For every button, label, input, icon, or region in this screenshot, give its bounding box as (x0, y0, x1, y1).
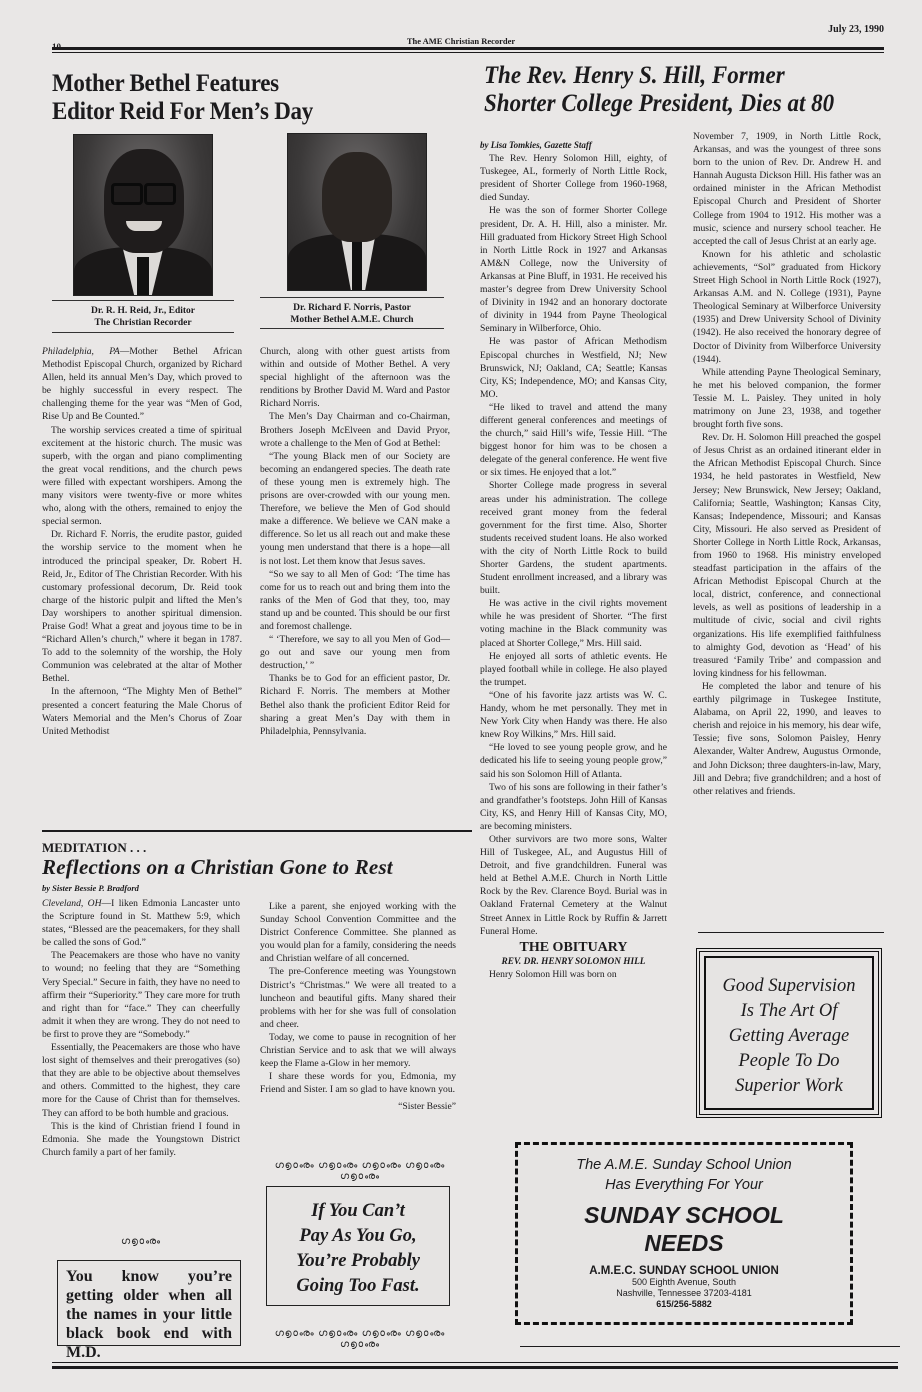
filler-pay-as-you-go-box: If You Can’t Pay As You Go, You’re Proba… (266, 1186, 450, 1306)
hill-headline: The Rev. Henry S. Hill, Former Shorter C… (484, 62, 889, 118)
hill-column-2: November 7, 1909, in North Little Rock, … (693, 130, 881, 798)
masthead-rule (52, 47, 884, 50)
footer-rule-thin (52, 1362, 898, 1363)
filler-black-book-box: You know you’re getting older when all t… (57, 1260, 241, 1346)
bethel-headline-line1: Mother Bethel Features (52, 70, 438, 98)
meditation-column-1: Cleveland, OH—I liken Edmonia Lancaster … (42, 897, 240, 1159)
footer-rule (52, 1366, 898, 1369)
ornament-row: ഗ൭൦ൟ ഗ൭൦ൟ ഗ൭൦ൟ ഗ൭൦ൟ ഗ൭൦ൟ (260, 1328, 460, 1350)
meditation-byline: by Sister Bessie P. Bradford (42, 883, 139, 893)
caption-rule (52, 300, 234, 301)
bethel-headline: Mother Bethel Features Editor Reid For M… (52, 70, 438, 126)
filler-supervision-box: Good Supervision Is The Art Of Getting A… (696, 948, 882, 1118)
photo-norris-caption: Dr. Richard F. Norris, Pastor Mother Bet… (260, 302, 444, 326)
obituary-heading: THE OBITUARY (480, 940, 667, 956)
ornament-divider: ഗ൭൦ൟ (42, 1236, 240, 1247)
meditation-column-2: Like a parent, she enjoyed working with … (260, 900, 456, 1114)
photo-reid (73, 134, 213, 296)
meditation-signature: “Sister Bessie” (260, 1100, 456, 1113)
caption-rule (260, 297, 444, 298)
caption-rule-bottom (260, 328, 444, 329)
publication-name: The AME Christian Recorder (0, 36, 922, 46)
photo-reid-caption: Dr. R. H. Reid, Jr., Editor The Christia… (52, 305, 234, 329)
issue-date: July 23, 1990 (828, 24, 884, 35)
caption-rule-bottom (52, 332, 234, 333)
hill-end-rule (698, 932, 884, 933)
newspaper-page: July 23, 1990 The AME Christian Recorder… (0, 0, 922, 1392)
ad-sunday-school-union: The A.M.E. Sunday School Union Has Every… (515, 1142, 853, 1325)
hill-byline: by Lisa Tomkies, Gazette Staff (480, 139, 667, 152)
bethel-column-1: Philadelphia, PA—Mother Bethel African M… (42, 345, 242, 738)
ad-bottom-rule (520, 1346, 900, 1347)
bethel-column-2: Church, along with other guest artists f… (260, 345, 450, 738)
photo-norris (287, 133, 427, 291)
bethel-headline-line2: Editor Reid For Men’s Day (52, 98, 438, 126)
meditation-kicker: MEDITATION . . . (42, 840, 146, 856)
meditation-headline: Reflections on a Christian Gone to Rest (42, 855, 393, 880)
ornament-row: ഗ൭൦ൟ ഗ൭൦ൟ ഗ൭൦ൟ ഗ൭൦ൟ ഗ൭൦ൟ (260, 1160, 460, 1182)
hill-column-1: by Lisa Tomkies, Gazette Staff The Rev. … (480, 139, 667, 981)
section-divider (42, 830, 472, 832)
masthead-rule-thin (52, 52, 884, 53)
obituary-subheading: REV. DR. HENRY SOLOMON HILL (480, 956, 667, 968)
